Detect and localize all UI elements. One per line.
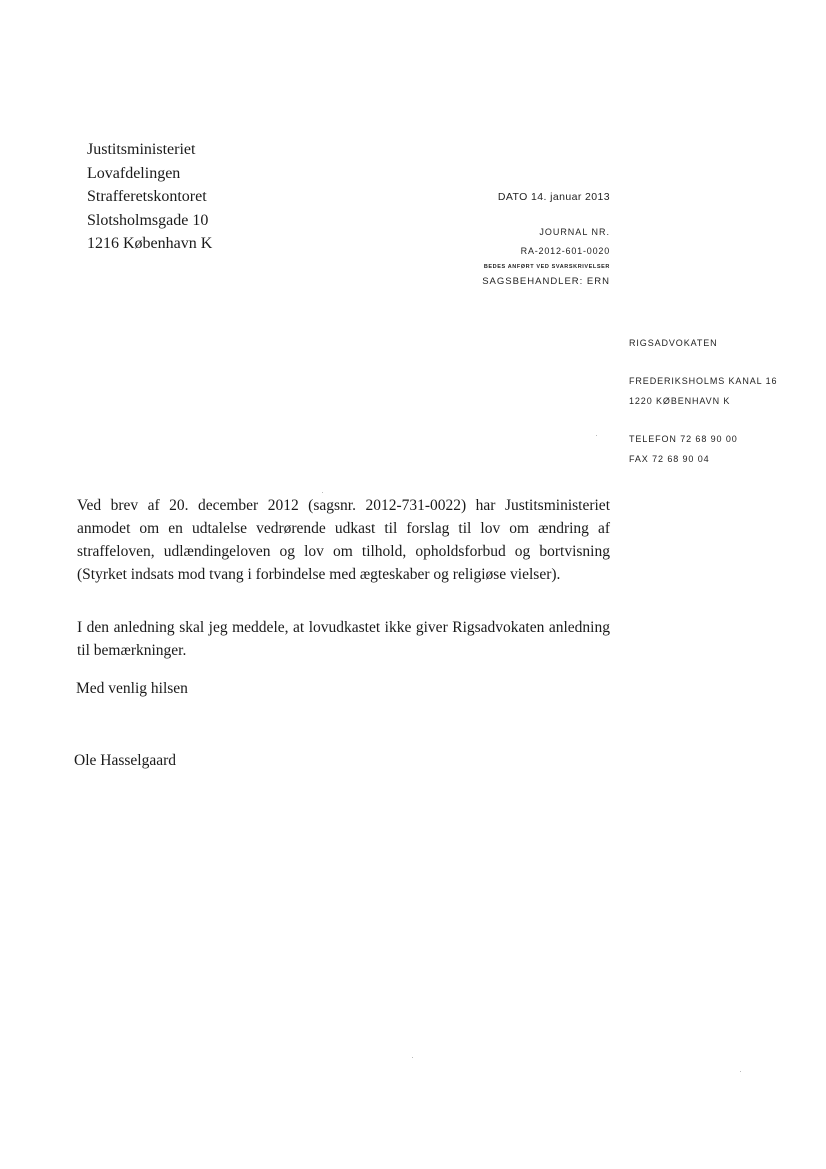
sender-address-line1: FREDERIKSHOLMS KANAL 16	[629, 375, 777, 387]
recipient-line: 1216 København K	[87, 232, 212, 256]
sender-organization: RIGSADVOKATEN	[629, 337, 777, 349]
letter-date: DATO 14. januar 2013	[482, 190, 610, 204]
scan-speck	[596, 435, 597, 436]
scan-speck	[412, 1057, 413, 1058]
recipient-address: Justitsministeriet Lovafdelingen Straffe…	[87, 138, 212, 256]
sender-fax: FAX 72 68 90 04	[629, 453, 777, 465]
letter-signature: Ole Hasselgaard	[74, 752, 176, 770]
recipient-line: Strafferetskontoret	[87, 185, 212, 209]
scan-speck	[740, 1071, 741, 1072]
letter-metadata: DATO 14. januar 2013 JOURNAL NR. RA-2012…	[482, 190, 610, 288]
letter-paragraph-1: Ved brev af 20. december 2012 (sagsnr. 2…	[77, 494, 610, 586]
sender-phone: TELEFON 72 68 90 00	[629, 433, 777, 445]
journal-number: RA-2012-601-0020	[482, 245, 610, 257]
letter-closing: Med venlig hilsen	[76, 680, 188, 698]
recipient-line: Slotsholmsgade 10	[87, 209, 212, 233]
recipient-line: Lovafdelingen	[87, 162, 212, 186]
letter-paragraph-2: I den anledning skal jeg meddele, at lov…	[77, 616, 610, 662]
sender-block: RIGSADVOKATEN FREDERIKSHOLMS KANAL 16 12…	[629, 337, 777, 465]
scan-speck	[322, 492, 323, 493]
recipient-line: Justitsministeriet	[87, 138, 212, 162]
sender-address-line2: 1220 KØBENHAVN K	[629, 395, 777, 407]
case-handler: SAGSBEHANDLER: ERN	[482, 276, 610, 288]
journal-note: BEDES ANFØRT VED SVARSKRIVELSER	[482, 263, 610, 271]
journal-label: JOURNAL NR.	[482, 226, 610, 238]
